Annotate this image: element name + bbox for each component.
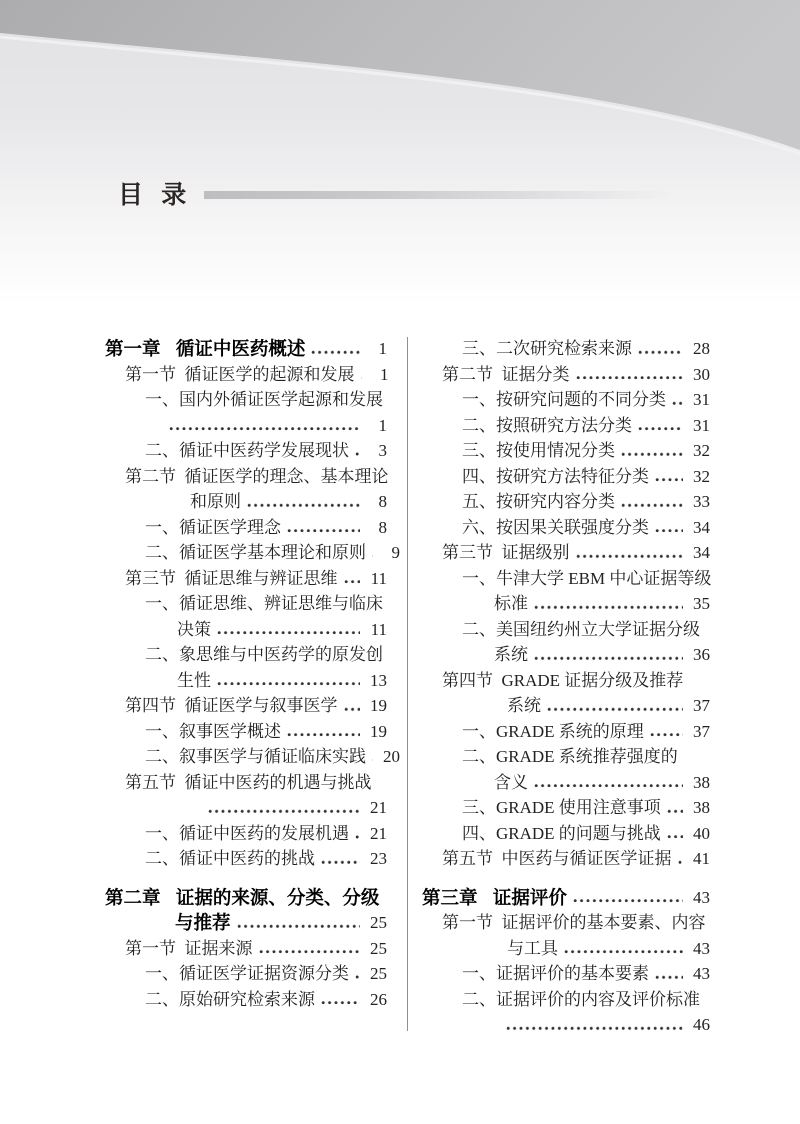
- leader-dots: [286, 719, 360, 745]
- toc-page-number: 32: [686, 464, 710, 490]
- toc-entry-text: 第一节 证据评价的基本要素、内容: [442, 910, 706, 936]
- toc-page-number: 8: [363, 515, 387, 541]
- toc-entry-text: 二、循证医学基本理论和原则: [145, 540, 366, 566]
- toc-page-number: 35: [686, 591, 710, 617]
- toc-entry-text: 一、国内外循证医学起源和发展: [145, 387, 383, 413]
- toc-entry-text: 二、循证中医药学发展现状: [145, 438, 349, 464]
- toc-page-number: 30: [686, 362, 710, 388]
- toc-entry-text: 一、牛津大学 EBM 中心证据等级: [462, 566, 711, 592]
- toc-entry: 一、循证医学理念8: [105, 515, 387, 541]
- toc-entry-text: 第五节 中医药与循证医学证据: [442, 846, 672, 872]
- leader-dots: [168, 413, 360, 439]
- toc-entry: 一、牛津大学 EBM 中心证据等级: [422, 566, 710, 592]
- leader-dots: [343, 693, 361, 719]
- toc-chapter-entry: 第三章 证据评价43: [422, 885, 710, 911]
- leader-dots: [563, 936, 683, 962]
- leader-dots: [654, 515, 683, 541]
- toc-entry-text: 一、证据评价的基本要素: [462, 961, 649, 987]
- toc-entry: 和原则8: [105, 489, 387, 515]
- toc-entry: 第一节 证据来源25: [105, 936, 387, 962]
- toc-page-number: 13: [363, 668, 387, 694]
- toc-page-number: 19: [363, 719, 387, 745]
- leader-dots: [236, 910, 360, 936]
- toc-entry-text: 系统: [507, 693, 541, 719]
- toc-page-number: 3: [363, 438, 387, 464]
- toc-entry-text: 二、原始研究检索来源: [145, 987, 315, 1013]
- leader-dots: [666, 795, 683, 821]
- toc-page-number: 21: [363, 795, 387, 821]
- toc-entry-text: 一、循证中医药的发展机遇: [145, 821, 349, 847]
- toc-entry-text: 六、按因果关联强度分类: [462, 515, 649, 541]
- leader-dots: [637, 336, 683, 362]
- leader-dots: [207, 795, 360, 821]
- leader-dots: [533, 770, 683, 796]
- leader-dots: [286, 515, 360, 541]
- toc-page-number: 25: [363, 936, 387, 962]
- leader-dots: [371, 744, 373, 770]
- toc-entry-text: 二、象思维与中医药学的原发创: [145, 642, 383, 668]
- leader-dots: [572, 885, 683, 911]
- leader-dots: [246, 489, 360, 515]
- toc-entry: 五、按研究内容分类33: [422, 489, 710, 515]
- toc-entry: 一、循证中医药的发展机遇21: [105, 821, 387, 847]
- toc-entry-text: 一、循证思维、辨证思维与临床: [145, 591, 383, 617]
- leader-dots: [354, 438, 360, 464]
- toc-entry-text: 二、按照研究方法分类: [462, 413, 632, 439]
- toc-entry-text: 一、循证医学理念: [145, 515, 281, 541]
- leader-dots: [654, 961, 683, 987]
- toc-entry-text: 第三节 循证思维与辨证思维: [125, 566, 338, 592]
- toc-entry: 标准35: [422, 591, 710, 617]
- toc-entry-text: 四、按研究方法特征分类: [462, 464, 649, 490]
- toc-entry: 第一节 证据评价的基本要素、内容: [422, 910, 710, 936]
- leader-dots: [654, 464, 683, 490]
- toc-entry: 二、按照研究方法分类31: [422, 413, 710, 439]
- leader-dots: [546, 693, 683, 719]
- leader-dots: [354, 961, 360, 987]
- toc-page-number: 26: [363, 987, 387, 1013]
- leader-dots: [575, 540, 684, 566]
- leader-dots: [216, 668, 360, 694]
- toc-entry: 与推荐25: [105, 910, 387, 936]
- toc-entry-text: 一、循证医学证据资源分类: [145, 961, 349, 987]
- toc-entry-text: 二、证据评价的内容及评价标准: [462, 987, 700, 1013]
- toc-page: 目 录 第一章 循证中医药概述1第一节 循证医学的起源和发展1一、国内外循证医学…: [0, 0, 800, 1124]
- toc-page-number: 20: [376, 744, 400, 770]
- toc-page-number: 37: [686, 719, 710, 745]
- toc-page-number: 38: [686, 795, 710, 821]
- toc-entry: 第四节 GRADE 证据分级及推荐: [422, 668, 710, 694]
- toc-entry-text: 第二节 循证医学的理念、基本理论: [125, 464, 389, 490]
- leader-dots: [677, 846, 684, 872]
- leader-dots: [354, 821, 360, 847]
- toc-entry: 1: [105, 413, 387, 439]
- toc-entry-text: 第二节 证据分类: [442, 362, 570, 388]
- toc-entry-text: 一、GRADE 系统的原理: [462, 719, 644, 745]
- toc-page-number: 28: [686, 336, 710, 362]
- toc-entry: 二、美国纽约州立大学证据分级: [422, 617, 710, 643]
- toc-entry: 四、按研究方法特征分类32: [422, 464, 710, 490]
- toc-entry-text: 第二章 证据的来源、分类、分级: [105, 885, 379, 911]
- toc-entry: 第三节 证据级别34: [422, 540, 710, 566]
- toc-page-number: 11: [363, 566, 387, 592]
- toc-entry: 一、循证思维、辨证思维与临床: [105, 591, 387, 617]
- toc-page-number: 31: [686, 413, 710, 439]
- toc-entry: 46: [422, 1012, 710, 1038]
- toc-entry: 二、叙事医学与循证临床实践20: [105, 744, 387, 770]
- toc-entry-text: 第一章 循证中医药概述: [105, 336, 305, 362]
- toc-page-number: 43: [686, 936, 710, 962]
- toc-page-number: 34: [686, 540, 710, 566]
- toc-entry-text: 三、GRADE 使用注意事项: [462, 795, 661, 821]
- toc-entry-text: 二、GRADE 系统推荐强度的: [462, 744, 678, 770]
- toc-page-number: 23: [363, 846, 387, 872]
- toc-entry: 三、按使用情况分类32: [422, 438, 710, 464]
- toc-entry: 第三节 循证思维与辨证思维11: [105, 566, 387, 592]
- toc-entry: 一、国内外循证医学起源和发展: [105, 387, 387, 413]
- toc-column-right: 三、二次研究检索来源28第二节 证据分类30一、按研究问题的不同分类31二、按照…: [422, 336, 710, 1038]
- leader-dots: [258, 936, 361, 962]
- leader-dots: [310, 336, 360, 362]
- toc-entry-text: 一、按研究问题的不同分类: [462, 387, 666, 413]
- toc-entry: 第五节 中医药与循证医学证据41: [422, 846, 710, 872]
- toc-entry: 四、GRADE 的问题与挑战40: [422, 821, 710, 847]
- toc-entry-text: 和原则: [190, 489, 241, 515]
- toc-entry-text: 四、GRADE 的问题与挑战: [462, 821, 661, 847]
- toc-page-number: 9: [376, 540, 400, 566]
- toc-page-number: 33: [686, 489, 710, 515]
- toc-entry-text: 标准: [494, 591, 528, 617]
- toc-entry: 含义38: [422, 770, 710, 796]
- toc-entry-text: 第四节 循证医学与叙事医学: [125, 693, 338, 719]
- leader-dots: [666, 821, 683, 847]
- toc-page-number: 19: [363, 693, 387, 719]
- toc-entry: 二、循证医学基本理论和原则9: [105, 540, 387, 566]
- toc-entry: 二、GRADE 系统推荐强度的: [422, 744, 710, 770]
- leader-dots: [505, 1012, 683, 1038]
- toc-entry: 二、循证中医药的挑战23: [105, 846, 387, 872]
- leader-dots: [575, 362, 684, 388]
- leader-dots: [649, 719, 683, 745]
- toc-entry: 一、按研究问题的不同分类31: [422, 387, 710, 413]
- toc-page-number: 1: [365, 362, 389, 388]
- toc-chapter-entry: 第一章 循证中医药概述1: [105, 336, 387, 362]
- toc-entry-text: 第三章 证据评价: [422, 885, 567, 911]
- toc-chapter-entry: 第二章 证据的来源、分类、分级: [105, 885, 387, 911]
- toc-entry-text: 二、叙事医学与循证临床实践: [145, 744, 366, 770]
- toc-page-number: 21: [363, 821, 387, 847]
- toc-entry: 二、原始研究检索来源26: [105, 987, 387, 1013]
- toc-entry-text: 决策: [177, 617, 211, 643]
- toc-page-number: 8: [363, 489, 387, 515]
- toc-page-number: 31: [686, 387, 710, 413]
- toc-entry-text: 三、按使用情况分类: [462, 438, 615, 464]
- toc-page-number: 40: [686, 821, 710, 847]
- toc-entry-text: 第一节 循证医学的起源和发展: [125, 362, 355, 388]
- toc-entry-text: 一、叙事医学概述: [145, 719, 281, 745]
- toc-entry: 系统36: [422, 642, 710, 668]
- toc-entry-text: 第五节 循证中医药的机遇与挑战: [125, 770, 372, 796]
- leader-dots: [216, 617, 360, 643]
- title-accent-bar: [204, 191, 686, 199]
- leader-dots: [671, 387, 683, 413]
- leader-dots: [620, 489, 683, 515]
- toc-entry: 一、证据评价的基本要素43: [422, 961, 710, 987]
- leader-dots: [620, 438, 683, 464]
- toc-entry: 二、象思维与中医药学的原发创: [105, 642, 387, 668]
- toc-page-number: 32: [686, 438, 710, 464]
- toc-entry-text: 与工具: [507, 936, 558, 962]
- toc-entry-text: 二、循证中医药的挑战: [145, 846, 315, 872]
- toc-entry: 一、叙事医学概述19: [105, 719, 387, 745]
- toc-entry-text: 五、按研究内容分类: [462, 489, 615, 515]
- toc-entry-text: 系统: [494, 642, 528, 668]
- toc-entry: 三、GRADE 使用注意事项38: [422, 795, 710, 821]
- toc-entry-text: 二、美国纽约州立大学证据分级: [462, 617, 700, 643]
- toc-entry: 系统37: [422, 693, 710, 719]
- toc-entry-text: 三、二次研究检索来源: [462, 336, 632, 362]
- toc-entry: 一、GRADE 系统的原理37: [422, 719, 710, 745]
- leader-dots: [360, 362, 362, 388]
- toc-entry: 六、按因果关联强度分类34: [422, 515, 710, 541]
- toc-entry: 一、循证医学证据资源分类25: [105, 961, 387, 987]
- header-curve-art: [0, 0, 800, 340]
- toc-page-number: 41: [686, 846, 710, 872]
- toc-page-number: 46: [686, 1012, 710, 1038]
- toc-entry-text: 生性: [177, 668, 211, 694]
- column-divider: [407, 337, 408, 1031]
- toc-entry-text: 第三节 证据级别: [442, 540, 570, 566]
- toc-entry: 二、证据评价的内容及评价标准: [422, 987, 710, 1013]
- toc-entry: 决策11: [105, 617, 387, 643]
- toc-entry-text: 含义: [494, 770, 528, 796]
- toc-entry: 21: [105, 795, 387, 821]
- leader-dots: [371, 540, 373, 566]
- toc-entry: 第五节 循证中医药的机遇与挑战: [105, 770, 387, 796]
- toc-page-number: 34: [686, 515, 710, 541]
- toc-entry: 第二节 循证医学的理念、基本理论: [105, 464, 387, 490]
- leader-dots: [320, 846, 360, 872]
- toc-entry-text: 与推荐: [175, 910, 231, 936]
- toc-entry: 生性13: [105, 668, 387, 694]
- leader-dots: [343, 566, 361, 592]
- toc-page-number: 1: [363, 336, 387, 362]
- toc-entry: 二、循证中医药学发展现状3: [105, 438, 387, 464]
- page-title: 目 录: [118, 182, 192, 209]
- toc-page-number: 1: [363, 413, 387, 439]
- toc-entry: 与工具43: [422, 936, 710, 962]
- leader-dots: [637, 413, 683, 439]
- toc-entry: 第四节 循证医学与叙事医学19: [105, 693, 387, 719]
- toc-entry-text: 第一节 证据来源: [125, 936, 253, 962]
- toc-entry: 第一节 循证医学的起源和发展1: [105, 362, 387, 388]
- toc-page-number: 43: [686, 961, 710, 987]
- toc-page-number: 11: [363, 617, 387, 643]
- toc-column-left: 第一章 循证中医药概述1第一节 循证医学的起源和发展1一、国内外循证医学起源和发…: [105, 336, 387, 1012]
- leader-dots: [320, 987, 360, 1013]
- toc-entry: 三、二次研究检索来源28: [422, 336, 710, 362]
- toc-page-number: 37: [686, 693, 710, 719]
- leader-dots: [533, 642, 683, 668]
- toc-entry: 第二节 证据分类30: [422, 362, 710, 388]
- toc-page-number: 25: [363, 910, 387, 936]
- toc-page-number: 38: [686, 770, 710, 796]
- toc-page-number: 36: [686, 642, 710, 668]
- toc-page-number: 43: [686, 885, 710, 911]
- toc-page-number: 25: [363, 961, 387, 987]
- leader-dots: [533, 591, 683, 617]
- toc-entry-text: 第四节 GRADE 证据分级及推荐: [442, 668, 683, 694]
